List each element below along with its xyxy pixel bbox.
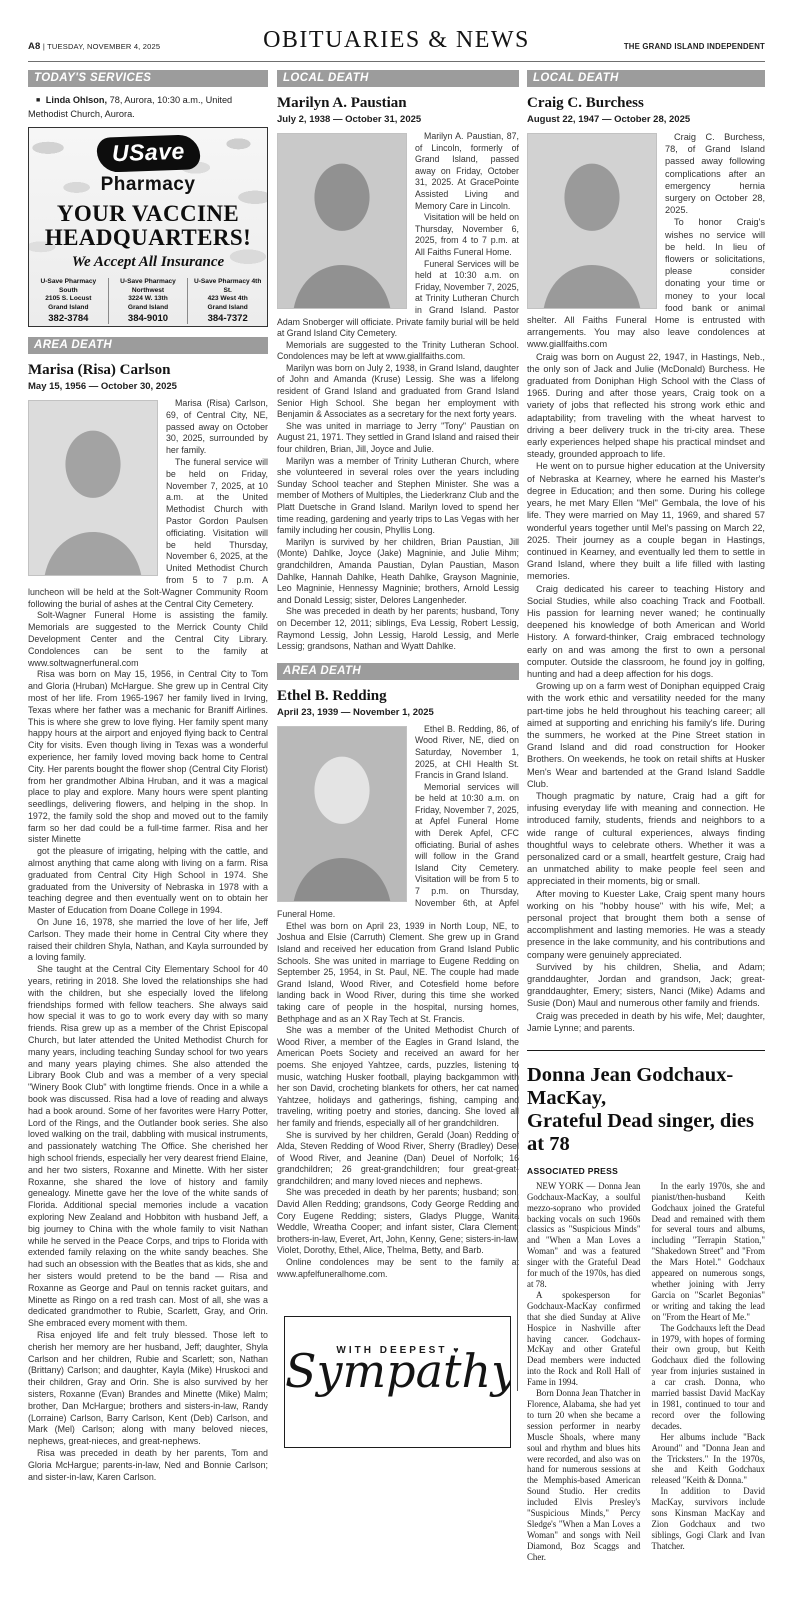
usave-logo: USave — [96, 134, 200, 173]
obit-paragraph: She was preceded in death by her parents… — [277, 606, 519, 652]
obit-paragraph: Marilyn was a member of Trinity Lutheran… — [277, 456, 519, 537]
obituary-paustian: Marilyn A. Paustian July 2, 1938 — Octob… — [277, 95, 519, 653]
newspaper-page: A8 | TUESDAY, NOVEMBER 4, 2025 OBITUARIE… — [0, 0, 792, 1620]
section-header-local-death-1: LOCAL DEATH — [277, 70, 519, 87]
obit-paragraph: Craig was born on August 22, 1947, in Ha… — [527, 351, 765, 461]
article-byline: ASSOCIATED PRESS — [527, 1166, 765, 1176]
services-entry: ■ Linda Ohlson, 78, Aurora, 10:30 a.m., … — [28, 94, 268, 120]
location-city: Grand Island — [32, 304, 105, 313]
obit-dates: May 15, 1956 — October 30, 2025 — [28, 381, 268, 392]
obit-body: Marilyn A. Paustian, 87, of Lincoln, for… — [277, 131, 519, 653]
location-address: 2105 S. Locust — [32, 295, 105, 304]
obit-dates: August 22, 1947 — October 28, 2025 — [527, 114, 765, 125]
portrait-photo-carlson — [28, 400, 158, 576]
location-name: U-Save Pharmacy Northwest — [112, 278, 185, 296]
section-header-area-death-2: AREA DEATH — [277, 663, 519, 680]
article-headline-line1: Donna Jean Godchaux-MacKay, — [527, 1064, 765, 1110]
ad-headline: YOUR VACCINE HEADQUARTERS! — [29, 202, 267, 251]
location-phone: 382-3784 — [32, 315, 105, 324]
article-paragraph: The Godchauxs left the Dead in 1979, wit… — [652, 1323, 766, 1432]
obit-paragraph: Though pragmatic by nature, Craig had a … — [527, 790, 765, 888]
sympathy-ad: WITH DEEPEST ♥ Sympathy — [284, 1316, 511, 1448]
square-bullet-icon: ■ — [36, 97, 40, 104]
services-entry-name: Linda Ohlson, — [46, 95, 107, 105]
obit-paragraph: She was united in marriage to Jerry "Ton… — [277, 421, 519, 456]
obit-paragraph: Craig dedicated his career to teaching H… — [527, 583, 765, 681]
obit-paragraph: Risa enjoyed life and felt truly blessed… — [28, 1330, 268, 1448]
obit-body: Marisa (Risa) Carlson, 69, of Central Ci… — [28, 398, 268, 1483]
column-left: TODAY'S SERVICES ■ Linda Ohlson, 78, Aur… — [28, 70, 268, 1483]
page-header: A8 | TUESDAY, NOVEMBER 4, 2025 OBITUARIE… — [28, 0, 765, 62]
usave-pharmacy-label: Pharmacy — [29, 174, 267, 196]
obit-name: Marisa (Risa) Carlson — [28, 362, 268, 379]
obit-body: Craig C. Burchess, 78, of Grand Island p… — [527, 131, 765, 1034]
article-headline: Donna Jean Godchaux-MacKay, Grateful Dea… — [527, 1064, 765, 1156]
usave-pharmacy-ad: USave Pharmacy YOUR VACCINE HEADQUARTERS… — [28, 127, 268, 327]
column-right: LOCAL DEATH Craig C. Burchess August 22,… — [527, 70, 765, 1563]
location-address: 3224 W. 13th — [112, 295, 185, 304]
obit-paragraph: She was preceded in death by her parents… — [277, 1187, 519, 1257]
obit-paragraph: Solt-Wagner Funeral Home is assisting th… — [28, 610, 268, 669]
obit-name: Ethel B. Redding — [277, 688, 519, 705]
obit-body: Ethel B. Redding, 86, of Wood River, NE,… — [277, 724, 519, 1281]
location-city: Grand Island — [112, 304, 185, 313]
obit-dates: April 23, 1939 — November 1, 2025 — [277, 707, 519, 718]
portrait-photo-redding — [277, 726, 407, 902]
obit-paragraph: Craig was preceded in death by his wife,… — [527, 1010, 765, 1034]
obit-paragraph: She was a member of the United Methodist… — [277, 1025, 519, 1129]
obit-paragraph: After moving to Kuester Lake, Craig spen… — [527, 888, 765, 961]
obit-paragraph: Memorials are suggested to the Trinity L… — [277, 340, 519, 363]
obit-paragraph: Marilyn is survived by her children, Bri… — [277, 537, 519, 607]
article-left-rule-divider — [517, 1061, 518, 1391]
column-middle: LOCAL DEATH Marilyn A. Paustian July 2, … — [277, 70, 519, 1448]
obit-paragraph: Risa was born on May 15, 1956, in Centra… — [28, 669, 268, 846]
location-name: U-Save Pharmacy 4th St. — [191, 278, 264, 296]
location-address: 423 West 4th — [191, 295, 264, 304]
article-paragraph: Her albums include "Back Around" and "Do… — [652, 1432, 766, 1487]
obit-name: Craig C. Burchess — [527, 95, 765, 112]
obituary-carlson: Marisa (Risa) Carlson May 15, 1956 — Oct… — [28, 362, 268, 1483]
obituary-redding: Ethel B. Redding April 23, 1939 — Novemb… — [277, 688, 519, 1281]
article-paragraph: A spokesperson for Godchaux-MacKay confi… — [527, 1290, 641, 1388]
usave-location: U-Save Pharmacy South 2105 S. Locust Gra… — [29, 278, 108, 324]
section-header-todays-services: TODAY'S SERVICES — [28, 70, 268, 87]
usave-locations: U-Save Pharmacy South 2105 S. Locust Gra… — [29, 278, 267, 324]
article-body: NEW YORK — Donna Jean Godchaux-MacKay, a… — [527, 1181, 765, 1563]
sympathy-script-text: Sympathy — [285, 1350, 510, 1394]
section-header-area-death-1: AREA DEATH — [28, 337, 268, 354]
obit-paragraph: Ethel was born on April 23, 1939 in Nort… — [277, 921, 519, 1025]
usave-location: U-Save Pharmacy Northwest 3224 W. 13th G… — [108, 278, 188, 324]
location-city: Grand Island — [191, 304, 264, 313]
obit-paragraph: On June 16, 1978, she married the love o… — [28, 917, 268, 964]
portrait-silhouette-icon — [278, 727, 406, 901]
article-paragraph: In the early 1970s, she and pianist/then… — [652, 1181, 766, 1323]
publication-name: THE GRAND ISLAND INDEPENDENT — [624, 42, 765, 51]
ad-headline-line2: HEADQUARTERS! — [29, 226, 267, 250]
portrait-photo-burchess — [527, 133, 657, 309]
obit-paragraph: Risa was preceded in death by her parent… — [28, 1448, 268, 1483]
section-header-local-death-2: LOCAL DEATH — [527, 70, 765, 87]
obit-dates: July 2, 1938 — October 31, 2025 — [277, 114, 519, 125]
article-paragraph: In addition to David MacKay, survivors i… — [652, 1486, 766, 1551]
obit-name: Marilyn A. Paustian — [277, 95, 519, 112]
location-phone: 384-9010 — [112, 315, 185, 324]
news-article-godchaux: Donna Jean Godchaux-MacKay, Grateful Dea… — [527, 1050, 765, 1563]
obit-paragraph: He went on to pursue higher education at… — [527, 460, 765, 582]
portrait-silhouette-icon — [278, 134, 406, 308]
ad-subheadline: We Accept All Insurance — [29, 254, 267, 271]
obit-paragraph: Survived by his children, Shelia, and Ad… — [527, 961, 765, 1010]
obit-paragraph: She taught at the Central City Elementar… — [28, 964, 268, 1330]
obituary-burchess: Craig C. Burchess August 22, 1947 — Octo… — [527, 95, 765, 1034]
location-phone: 384-7372 — [191, 315, 264, 324]
article-paragraph: NEW YORK — Donna Jean Godchaux-MacKay, a… — [527, 1181, 641, 1290]
usave-location: U-Save Pharmacy 4th St. 423 West 4th Gra… — [187, 278, 267, 324]
obit-paragraph: Online condolences may be sent to the fa… — [277, 1257, 519, 1280]
location-name: U-Save Pharmacy South — [32, 278, 105, 296]
ad-headline-line1: YOUR VACCINE — [29, 202, 267, 226]
article-paragraph: Born Donna Jean Thatcher in Florence, Al… — [527, 1388, 641, 1563]
article-headline-line2: Grateful Dead singer, dies at 78 — [527, 1110, 765, 1156]
obit-paragraph: got the pleasure of irrigating, helping … — [28, 846, 268, 917]
portrait-photo-paustian — [277, 133, 407, 309]
portrait-silhouette-icon — [29, 401, 157, 575]
portrait-silhouette-icon — [528, 134, 656, 308]
obit-paragraph: Growing up on a farm west of Doniphan eq… — [527, 680, 765, 790]
obit-paragraph: Marilyn was born on July 2, 1938, in Gra… — [277, 363, 519, 421]
obit-paragraph: She is survived by her children, Gerald … — [277, 1130, 519, 1188]
